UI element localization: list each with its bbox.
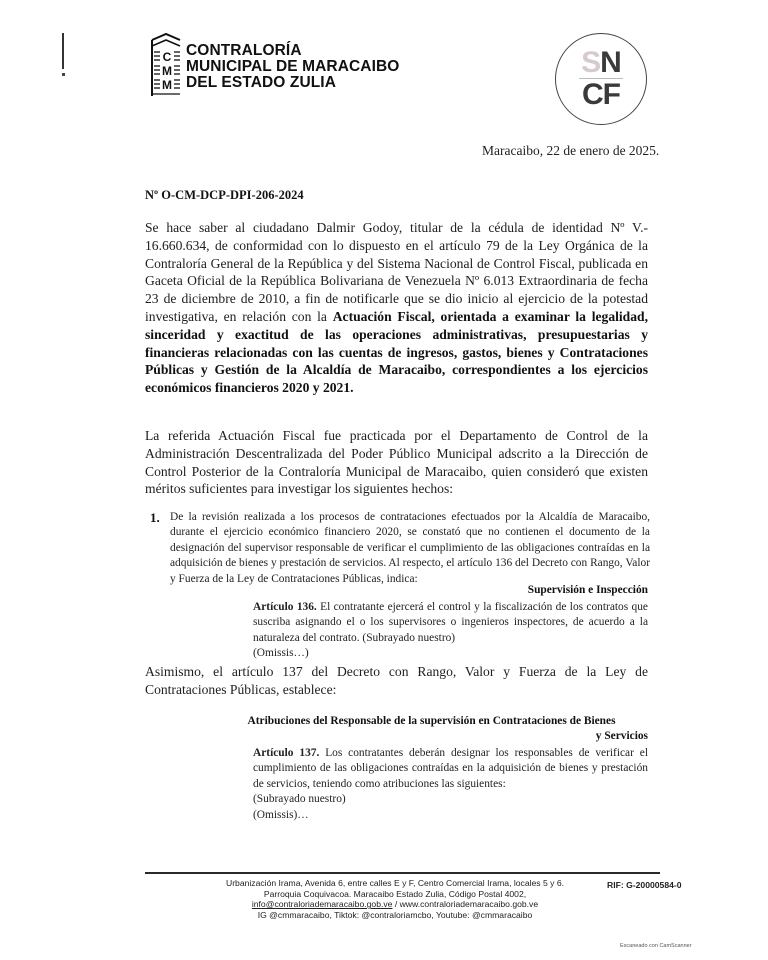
document-reference-number: Nº O-CM-DCP-DPI-206-2024: [145, 188, 304, 203]
scan-artifact-dot: [62, 73, 65, 76]
footer-website: / www.contraloriademaracaibo.gob.ve: [392, 899, 538, 909]
article-137-title-line-1: Atribuciones del Responsable de la super…: [215, 714, 648, 729]
footer-address-line-2: Parroquia Coquivacoa. Maracaibo Estado Z…: [210, 889, 580, 900]
svg-text:M: M: [162, 64, 172, 78]
org-line-1: CONTRALORÍA: [186, 43, 399, 59]
fiscal-action-paragraph: La referida Actuación Fiscal fue practic…: [145, 427, 648, 498]
seal-letter-c: C: [582, 81, 603, 109]
footer-address: Urbanización Irama, Avenida 6, entre cal…: [210, 878, 580, 920]
footer-address-line-1: Urbanización Irama, Avenida 6, entre cal…: [210, 878, 580, 889]
article-137-title-line-2: y Servicios: [215, 729, 648, 744]
article-136-quote: Artículo 136. El contratante ejercerá el…: [253, 600, 648, 662]
seal-letter-f: F: [603, 81, 620, 109]
organization-name: CONTRALORÍA MUNICIPAL DE MARACAIBO DEL E…: [186, 39, 399, 91]
scan-artifact-line: [62, 33, 64, 69]
finding-text: De la revisión realizada a los procesos …: [170, 511, 650, 585]
org-line-2: MUNICIPAL DE MARACAIBO: [186, 59, 399, 75]
notification-paragraph: Se hace saber al ciudadano Dalmir Godoy,…: [145, 219, 648, 397]
article-137-title: Atribuciones del Responsable de la super…: [215, 714, 648, 745]
article-136-omissis: (Omissis…): [253, 647, 309, 659]
footer-email-link[interactable]: info@contraloriademaracaibo.gob.ve: [252, 899, 393, 909]
camscanner-watermark: Escaneado con CamScanner: [620, 943, 692, 949]
article-137-intro-paragraph: Asimismo, el artículo 137 del Decreto co…: [145, 663, 648, 699]
article-136-title: Supervisión e Inspección: [440, 584, 648, 596]
footer-contact-line: info@contraloriademaracaibo.gob.ve / www…: [210, 899, 580, 910]
article-137-omissis: (Omissis)…: [253, 809, 309, 821]
article-137-label: Artículo 137.: [253, 747, 319, 759]
finding-item-1: 1. De la revisión realizada a los proces…: [170, 510, 650, 587]
building-logo-icon: C M M: [150, 32, 182, 98]
svg-text:C: C: [163, 50, 172, 64]
article-137-quote: Artículo 137. Los contratantes deberán d…: [253, 746, 648, 823]
sncf-seal-icon: S N C F: [555, 33, 647, 125]
seal-letter-n: N: [600, 49, 621, 77]
footer-social-line: IG @cmmaracaibo, Tiktok: @contraloriamcb…: [210, 910, 580, 921]
contraloria-logo: C M M CONTRALORÍA MUNICIPAL DE MARACAIBO…: [150, 32, 399, 98]
org-line-3: DEL ESTADO ZULIA: [186, 75, 399, 91]
document-date: Maracaibo, 22 de enero de 2025.: [482, 143, 659, 159]
footer-rif: RIF: G-20000584-0: [607, 880, 682, 890]
article-136-label: Artículo 136.: [253, 601, 317, 613]
svg-text:M: M: [162, 78, 172, 92]
footer-divider: [145, 872, 660, 874]
finding-number: 1.: [150, 510, 160, 525]
article-137-underline-note: (Subrayado nuestro): [253, 793, 346, 805]
seal-letter-s: S: [581, 49, 600, 77]
